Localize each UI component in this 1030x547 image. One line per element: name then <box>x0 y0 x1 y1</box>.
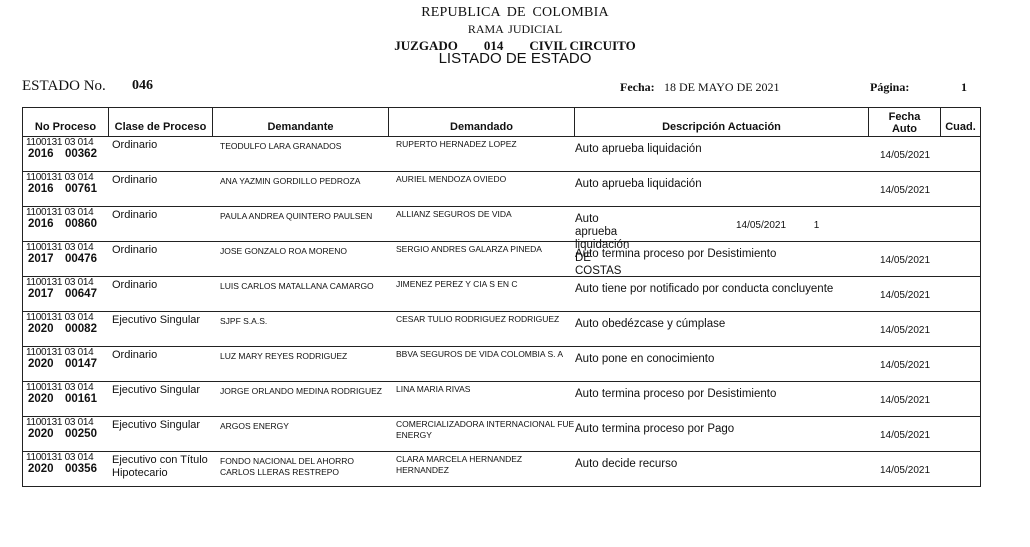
numero: 00647 <box>65 288 97 300</box>
pagina-value: 1 <box>961 80 967 95</box>
cell-cuad <box>941 277 980 311</box>
cell-no-proceso: 1100131 03 014 201600761 <box>23 172 109 206</box>
cell-no-proceso: 1100131 03 014 202000250 <box>23 417 109 451</box>
cell-actuacion: Auto termina proceso por Pago <box>575 417 869 451</box>
cell-demandado: ALLIANZ SEGUROS DE VIDA <box>389 207 575 241</box>
cell-demandado: AURIEL MENDOZA OVIEDO <box>389 172 575 206</box>
cell-demandante: JORGE ORLANDO MEDINA RODRIGUEZ <box>213 382 389 416</box>
cell-clase: Ordinario <box>109 137 213 171</box>
anio-numero: 201700647 <box>26 288 109 300</box>
column-header-demandante: Demandante <box>213 108 389 136</box>
cell-actuacion: Auto decide recurso <box>575 452 869 486</box>
table-row: 1100131 03 014 201600362 Ordinario TEODU… <box>23 137 980 172</box>
cell-fecha-auto: 14/05/2021 <box>869 277 941 311</box>
estado-table: No Proceso Clase de Proceso Demandante D… <box>22 107 981 487</box>
anio-numero: 201700476 <box>26 253 109 265</box>
cell-cuad <box>941 382 980 416</box>
column-header-demandado: Demandado <box>389 108 575 136</box>
cell-actuacion: Auto pone en conocimiento <box>575 347 869 381</box>
numero: 00761 <box>65 183 97 195</box>
cell-demandante: TEODULFO LARA GRANADOS <box>213 137 389 171</box>
numero: 00082 <box>65 323 97 335</box>
cell-fecha-auto: 14/05/2021 <box>869 347 941 381</box>
cell-demandante: ANA YAZMIN GORDILLO PEDROZA <box>213 172 389 206</box>
cell-clase: Ordinario <box>109 277 213 311</box>
radicado: 1100131 03 014 <box>26 243 109 253</box>
header-republica: REPUBLICA DE COLOMBIA <box>0 5 1030 21</box>
table-row: 1100131 03 014 201600761 Ordinario ANA Y… <box>23 172 980 207</box>
anio-numero: 201600860 <box>26 218 109 230</box>
cell-fecha-auto: 14/05/2021 <box>869 312 941 346</box>
anio: 2020 <box>28 463 65 475</box>
estado-label: ESTADO No. <box>22 78 106 95</box>
cell-clase: Ordinario <box>109 207 213 241</box>
column-header-fecha-auto: Fecha Auto <box>869 108 941 136</box>
table-row: 1100131 03 014 202000147 Ordinario LUZ M… <box>23 347 980 382</box>
numero: 00476 <box>65 253 97 265</box>
anio: 2016 <box>28 183 65 195</box>
anio: 2020 <box>28 358 65 370</box>
table-row: 1100131 03 014 201700647 Ordinario LUIS … <box>23 277 980 312</box>
cell-clase: Ejecutivo con Título Hipotecario <box>109 452 213 486</box>
radicado: 1100131 03 014 <box>26 383 109 393</box>
cell-no-proceso: 1100131 03 014 201600362 <box>23 137 109 171</box>
cell-fecha-auto: 14/05/2021 <box>869 382 941 416</box>
header-rama-judicial: RAMA JUDICIAL <box>0 22 1030 37</box>
radicado: 1100131 03 014 <box>26 208 109 218</box>
cell-cuad <box>941 417 980 451</box>
table-row: 1100131 03 014 202000356 Ejecutivo con T… <box>23 452 980 487</box>
cell-demandado: CLARA MARCELA HERNANDEZ HERNANDEZ <box>389 452 575 486</box>
cell-actuacion: Auto aprueba liquidación DE COSTAS <box>575 207 725 241</box>
table-row: 1100131 03 014 202000082 Ejecutivo Singu… <box>23 312 980 347</box>
cell-cuad <box>941 137 980 171</box>
cell-actuacion: Auto tiene por notificado por conducta c… <box>575 277 869 311</box>
cell-demandado: SERGIO ANDRES GALARZA PINEDA <box>389 242 575 276</box>
cell-clase: Ejecutivo Singular <box>109 312 213 346</box>
cell-demandado: BBVA SEGUROS DE VIDA COLOMBIA S. A <box>389 347 575 381</box>
anio: 2017 <box>28 253 65 265</box>
cell-fecha-auto: 14/05/2021 <box>869 137 941 171</box>
cell-demandante: ARGOS ENERGY <box>213 417 389 451</box>
cell-clase: Ordinario <box>109 347 213 381</box>
table-row: 1100131 03 014 202000250 Ejecutivo Singu… <box>23 417 980 452</box>
radicado: 1100131 03 014 <box>26 418 109 428</box>
cell-cuad <box>941 347 980 381</box>
anio: 2016 <box>28 218 65 230</box>
cell-actuacion: Auto aprueba liquidación <box>575 172 869 206</box>
numero: 00356 <box>65 463 97 475</box>
anio-numero: 201600761 <box>26 183 109 195</box>
column-header-cuad: Cuad. <box>941 108 980 136</box>
cell-no-proceso: 1100131 03 014 202000082 <box>23 312 109 346</box>
cell-demandado: LINA MARIA RIVAS <box>389 382 575 416</box>
cell-no-proceso: 1100131 03 014 201600860 <box>23 207 109 241</box>
numero: 00250 <box>65 428 97 440</box>
cell-demandante: SJPF S.A.S. <box>213 312 389 346</box>
numero: 00161 <box>65 393 97 405</box>
cell-cuad <box>941 312 980 346</box>
radicado: 1100131 03 014 <box>26 313 109 323</box>
cell-cuad <box>941 172 980 206</box>
column-header-clase: Clase de Proceso <box>109 108 213 136</box>
cell-demandante: JOSE GONZALO ROA MORENO <box>213 242 389 276</box>
cell-demandante: LUZ MARY REYES RODRIGUEZ <box>213 347 389 381</box>
anio-numero: 202000147 <box>26 358 109 370</box>
cell-actuacion: Auto termina proceso por Desistimiento <box>575 242 869 276</box>
cell-fecha-auto: 14/05/2021 <box>869 417 941 451</box>
column-header-descripcion: Descripción Actuación <box>575 108 869 136</box>
radicado: 1100131 03 014 <box>26 173 109 183</box>
column-header-no-proceso: No Proceso <box>23 108 109 136</box>
anio-numero: 202000161 <box>26 393 109 405</box>
anio: 2016 <box>28 148 65 160</box>
anio: 2020 <box>28 428 65 440</box>
anio: 2020 <box>28 393 65 405</box>
cell-demandado: JIMENEZ PEREZ Y CIA S EN C <box>389 277 575 311</box>
cell-no-proceso: 1100131 03 014 202000356 <box>23 452 109 486</box>
cell-demandante: FONDO NACIONAL DEL AHORRO CARLOS LLERAS … <box>213 452 389 486</box>
radicado: 1100131 03 014 <box>26 138 109 148</box>
anio: 2020 <box>28 323 65 335</box>
radicado: 1100131 03 014 <box>26 278 109 288</box>
anio-numero: 202000082 <box>26 323 109 335</box>
cell-cuad: 1 <box>797 207 836 241</box>
estado-number: 046 <box>132 78 153 94</box>
fecha-label: Fecha: <box>620 80 655 95</box>
cell-no-proceso: 1100131 03 014 201700647 <box>23 277 109 311</box>
cell-actuacion: Auto aprueba liquidación <box>575 137 869 171</box>
cell-no-proceso: 1100131 03 014 202000147 <box>23 347 109 381</box>
anio-numero: 202000356 <box>26 463 109 475</box>
cell-demandante: PAULA ANDREA QUINTERO PAULSEN <box>213 207 389 241</box>
cell-clase: Ejecutivo Singular <box>109 417 213 451</box>
anio: 2017 <box>28 288 65 300</box>
numero: 00147 <box>65 358 97 370</box>
table-header: No Proceso Clase de Proceso Demandante D… <box>23 108 980 137</box>
cell-demandante: LUIS CARLOS MATALLANA CAMARGO <box>213 277 389 311</box>
pagina-label: Página: <box>870 80 909 95</box>
cell-demandado: CESAR TULIO RODRIGUEZ RODRIGUEZ <box>389 312 575 346</box>
table-row: 1100131 03 014 201600860 Ordinario PAULA… <box>23 207 980 242</box>
table-row: 1100131 03 014 201700476 Ordinario JOSE … <box>23 242 980 277</box>
anio-numero: 201600362 <box>26 148 109 160</box>
cell-fecha-auto: 14/05/2021 <box>869 172 941 206</box>
cell-fecha-auto: 14/05/2021 <box>869 242 941 276</box>
cell-demandado: RUPERTO HERNADEZ LOPEZ <box>389 137 575 171</box>
cell-no-proceso: 1100131 03 014 202000161 <box>23 382 109 416</box>
cell-actuacion: Auto termina proceso por Desistimiento <box>575 382 869 416</box>
cell-no-proceso: 1100131 03 014 201700476 <box>23 242 109 276</box>
cell-cuad <box>941 452 980 486</box>
cell-clase: Ordinario <box>109 172 213 206</box>
cell-cuad <box>941 242 980 276</box>
cell-fecha-auto: 14/05/2021 <box>725 207 797 241</box>
table-body: 1100131 03 014 201600362 Ordinario TEODU… <box>23 137 980 487</box>
cell-fecha-auto: 14/05/2021 <box>869 452 941 486</box>
radicado: 1100131 03 014 <box>26 453 109 463</box>
cell-clase: Ejecutivo Singular <box>109 382 213 416</box>
anio-numero: 202000250 <box>26 428 109 440</box>
table-row: 1100131 03 014 202000161 Ejecutivo Singu… <box>23 382 980 417</box>
radicado: 1100131 03 014 <box>26 348 109 358</box>
numero: 00362 <box>65 148 97 160</box>
header-listado: LISTADO DE ESTADO <box>0 50 1030 67</box>
numero: 00860 <box>65 218 97 230</box>
cell-actuacion: Auto obedézcase y cúmplase <box>575 312 869 346</box>
fecha-value: 18 DE MAYO DE 2021 <box>664 80 780 95</box>
cell-demandado: COMERCIALIZADORA INTERNACIONAL FUE ENERG… <box>389 417 575 451</box>
cell-clase: Ordinario <box>109 242 213 276</box>
